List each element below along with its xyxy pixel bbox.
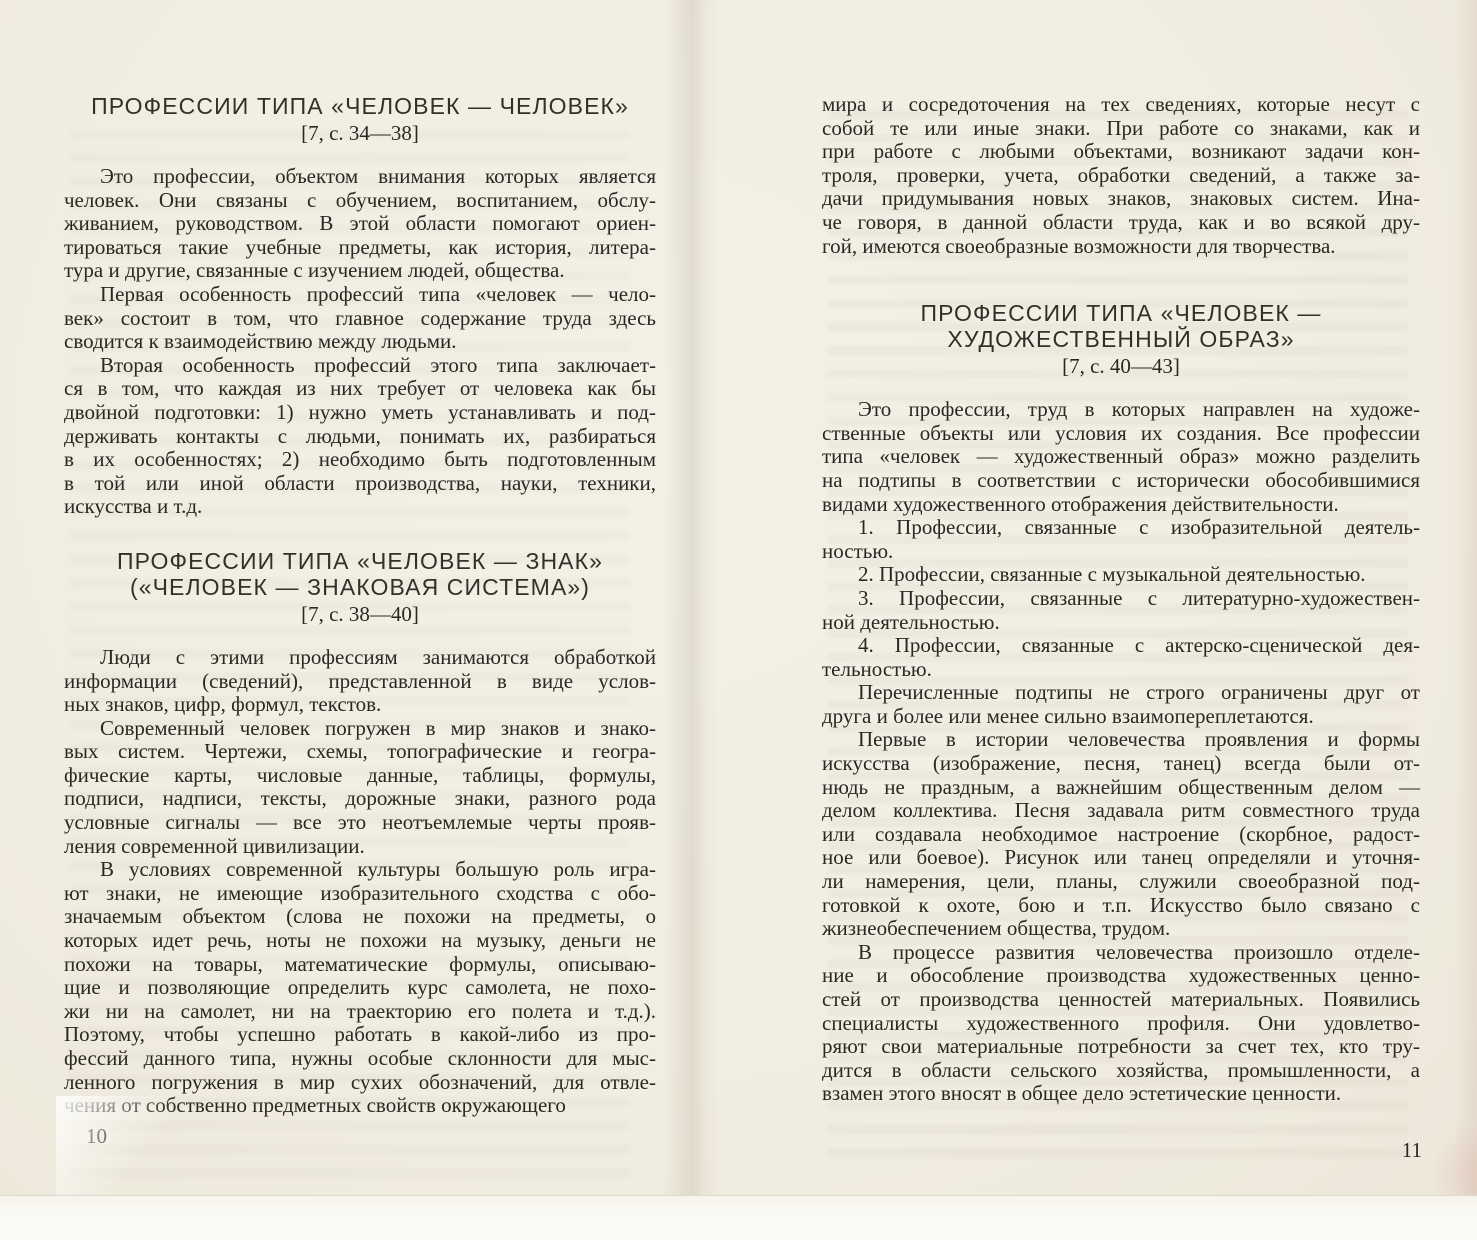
page-left-text-column: ПРОФЕССИИ ТИПА «ЧЕЛОВЕК — ЧЕЛОВЕК»[7, с.…	[64, 93, 656, 1118]
text-line: Поэтому, чтобы успешно работать в какой-…	[64, 1023, 656, 1047]
text-line: тура и другие, связанные с изучением люд…	[64, 259, 656, 283]
text-line: жи ни на самолет, ни на траекторию его п…	[64, 1000, 656, 1024]
gutter-shadow	[664, 0, 720, 1240]
text-line: или создавала необходимое настроение (ск…	[822, 823, 1420, 847]
paragraph: 1. Профессии, связанные с изобразительно…	[822, 516, 1420, 563]
text-line: искусства и т.д.	[64, 495, 656, 519]
section-citation: [7, с. 38—40]	[64, 602, 656, 627]
text-line: жизнеобеспечением общества, трудом.	[822, 917, 1420, 941]
paragraph: Люди с этими профессиям занимаются обраб…	[64, 646, 656, 717]
section-heading: ПРОФЕССИИ ТИПА «ЧЕЛОВЕК — ЗНАК»(«ЧЕЛОВЕК…	[64, 548, 656, 600]
text-line: сводится к взаимодействию между людьми.	[64, 330, 656, 354]
text-line: фические карты, числовые данные, таблицы…	[64, 764, 656, 788]
page-corner-highlight	[56, 1096, 216, 1200]
text-line: Современный человек погружен в мир знако…	[64, 717, 656, 741]
text-line: ПРОФЕССИИ ТИПА «ЧЕЛОВЕК — ЧЕЛОВЕК»	[64, 93, 656, 119]
text-line: [7, с. 38—40]	[64, 602, 656, 627]
paragraph: 2. Профессии, связанные с музыкальной де…	[822, 563, 1420, 587]
text-line: ПРОФЕССИИ ТИПА «ЧЕЛОВЕК —	[822, 300, 1420, 326]
text-line: Это профессии, объектом внимания которых…	[64, 165, 656, 189]
text-line: ся в том, что каждая из них требует от ч…	[64, 377, 656, 401]
text-line: подписи, надписи, тексты, дорожные знаки…	[64, 787, 656, 811]
page-right-text-column: мира и сосредоточения на тех сведениях, …	[822, 93, 1420, 1106]
text-line: Первая особенность профессий типа «челов…	[64, 283, 656, 307]
section-heading: ПРОФЕССИИ ТИПА «ЧЕЛОВЕК —ХУДОЖЕСТВЕННЫЙ …	[822, 300, 1420, 352]
text-line: ПРОФЕССИИ ТИПА «ЧЕЛОВЕК — ЗНАК»	[64, 548, 656, 574]
text-line: ное или боевое). Рисунок или танец опред…	[822, 846, 1420, 870]
text-line: друга и более или менее сильно взаимопер…	[822, 705, 1420, 729]
text-line: ления современной цивилизации.	[64, 835, 656, 859]
text-line: двойной подготовки: 1) нужно уметь устан…	[64, 401, 656, 425]
text-line: В процессе развития человечества произош…	[822, 941, 1420, 965]
paragraph: Это профессии, труд в которых направлен …	[822, 398, 1420, 516]
text-line: [7, с. 40—43]	[822, 354, 1420, 379]
text-line: век» состоит в том, что главное содержан…	[64, 307, 656, 331]
text-line: нюдь не праздным, а важнейшим общественн…	[822, 776, 1420, 800]
text-line: гой, имеются своеобразные возможности дл…	[822, 235, 1420, 259]
paragraph: Первые в истории человечества проявления…	[822, 728, 1420, 940]
paragraph-continuation: мира и сосредоточения на тех сведениях, …	[822, 93, 1420, 258]
text-line: значаемым объектом (слова не похожи на п…	[64, 905, 656, 929]
text-line: Первые в истории человечества проявления…	[822, 728, 1420, 752]
paragraph: 4. Профессии, связанные с актерско-сцени…	[822, 634, 1420, 681]
text-line: щие и позволяющие определить курс самоле…	[64, 976, 656, 1000]
text-line: ностью.	[822, 540, 1420, 564]
paragraph: Это профессии, объектом внимания которых…	[64, 165, 656, 283]
text-line: при работе с любыми объектами, возникают…	[822, 140, 1420, 164]
text-line: живанием, руководством. В этой области п…	[64, 212, 656, 236]
text-line: вых систем. Чертежи, схемы, топографичес…	[64, 740, 656, 764]
text-line: тельностью.	[822, 658, 1420, 682]
text-line: информации (сведений), представленной в …	[64, 670, 656, 694]
text-line: 3. Профессии, связанные с литературно-ху…	[822, 587, 1420, 611]
text-line: [7, с. 34—38]	[64, 121, 656, 146]
text-line: делом коллектива. Песня задавала ритм со…	[822, 799, 1420, 823]
paragraph: Перечисленные подтипы не строго ограниче…	[822, 681, 1420, 728]
scan-bottom-strip	[0, 1195, 1477, 1240]
text-line: искусства (изображение, песня, танец) вс…	[822, 752, 1420, 776]
text-line: ли намерения, цели, планы, служили своео…	[822, 870, 1420, 894]
text-line: Люди с этими профессиям занимаются обраб…	[64, 646, 656, 670]
text-line: Это профессии, труд в которых направлен …	[822, 398, 1420, 422]
text-line: тироваться такие учебные предметы, как и…	[64, 236, 656, 260]
text-line: ленного погружения в мир сухих обозначен…	[64, 1071, 656, 1095]
text-line: дачи придумывания новых знаков, знаковых…	[822, 187, 1420, 211]
text-line: ственные объекты или условия их создания…	[822, 422, 1420, 446]
text-line: типа «человек — художественный образ» мо…	[822, 445, 1420, 469]
text-line: мира и сосредоточения на тех сведениях, …	[822, 93, 1420, 117]
text-line: Перечисленные подтипы не строго ограниче…	[822, 681, 1420, 705]
text-line: в той или иной области производства, нау…	[64, 472, 656, 496]
text-line: дится в области сельского хозяйства, про…	[822, 1059, 1420, 1083]
text-line: в их особенностях; 2) необходимо быть по…	[64, 448, 656, 472]
paragraph: В процессе развития человечества произош…	[822, 941, 1420, 1106]
text-line: на подтипы в соответствии с исторически …	[822, 469, 1420, 493]
text-line: которых идет речь, ноты не похожи на муз…	[64, 929, 656, 953]
text-line: стей от производства ценностей материаль…	[822, 988, 1420, 1012]
paragraph: Вторая особенность профессий этого типа …	[64, 354, 656, 519]
text-line: ных знаков, цифр, формул, текстов.	[64, 693, 656, 717]
text-line: готовкой к охоте, бою и т.п. Искусство б…	[822, 894, 1420, 918]
text-line: видами художественного отображения дейст…	[822, 493, 1420, 517]
text-line: фессий данного типа, нужны особые склонн…	[64, 1047, 656, 1071]
text-line: ХУДОЖЕСТВЕННЫЙ ОБРАЗ»	[822, 326, 1420, 352]
text-line: взамен этого вносят в общее дело эстетич…	[822, 1082, 1420, 1106]
book-spread: ПРОФЕССИИ ТИПА «ЧЕЛОВЕК — ЧЕЛОВЕК»[7, с.…	[0, 0, 1477, 1240]
text-line: ют знаки, не имеющие изобразительного сх…	[64, 882, 656, 906]
text-line: ряют свои материальные потребности за сч…	[822, 1035, 1420, 1059]
text-line: 4. Профессии, связанные с актерско-сцени…	[822, 634, 1420, 658]
paragraph: 3. Профессии, связанные с литературно-ху…	[822, 587, 1420, 634]
text-line: специалисты художественного профиля. Они…	[822, 1012, 1420, 1036]
paragraph: В условиях современной культуры большую …	[64, 858, 656, 1118]
text-line: ной деятельностью.	[822, 611, 1420, 635]
text-line: ние и обособление производства художеств…	[822, 964, 1420, 988]
paragraph: Первая особенность профессий типа «челов…	[64, 283, 656, 354]
text-line: условные сигналы — все это неотъемлемые …	[64, 811, 656, 835]
paragraph: Современный человек погружен в мир знако…	[64, 717, 656, 859]
section-citation: [7, с. 34—38]	[64, 121, 656, 146]
text-line: 2. Профессии, связанные с музыкальной де…	[822, 563, 1420, 587]
text-line: Вторая особенность профессий этого типа …	[64, 354, 656, 378]
text-line: 1. Профессии, связанные с изобразительно…	[822, 516, 1420, 540]
text-line: человек. Они связаны с обучением, воспит…	[64, 189, 656, 213]
text-line: («ЧЕЛОВЕК — ЗНАКОВАЯ СИСТЕМА»)	[64, 574, 656, 600]
text-line: похожи на товары, математические формулы…	[64, 953, 656, 977]
text-line: В условиях современной культуры большую …	[64, 858, 656, 882]
right-page-edge-shadow	[1451, 0, 1477, 1240]
text-line: че говоря, в данной области труда, как и…	[822, 211, 1420, 235]
page-number-right: 11	[1352, 1138, 1422, 1163]
section-citation: [7, с. 40—43]	[822, 354, 1420, 379]
text-line: собой те или иные знаки. При работе со з…	[822, 117, 1420, 141]
text-line: держивать контакты с людьми, понимать их…	[64, 425, 656, 449]
scanned-book-spread: { "colors": { "page_background": "#f2eee…	[0, 0, 1477, 1240]
section-heading: ПРОФЕССИИ ТИПА «ЧЕЛОВЕК — ЧЕЛОВЕК»	[64, 93, 656, 119]
text-line: троля, проверки, учета, обработки сведен…	[822, 164, 1420, 188]
